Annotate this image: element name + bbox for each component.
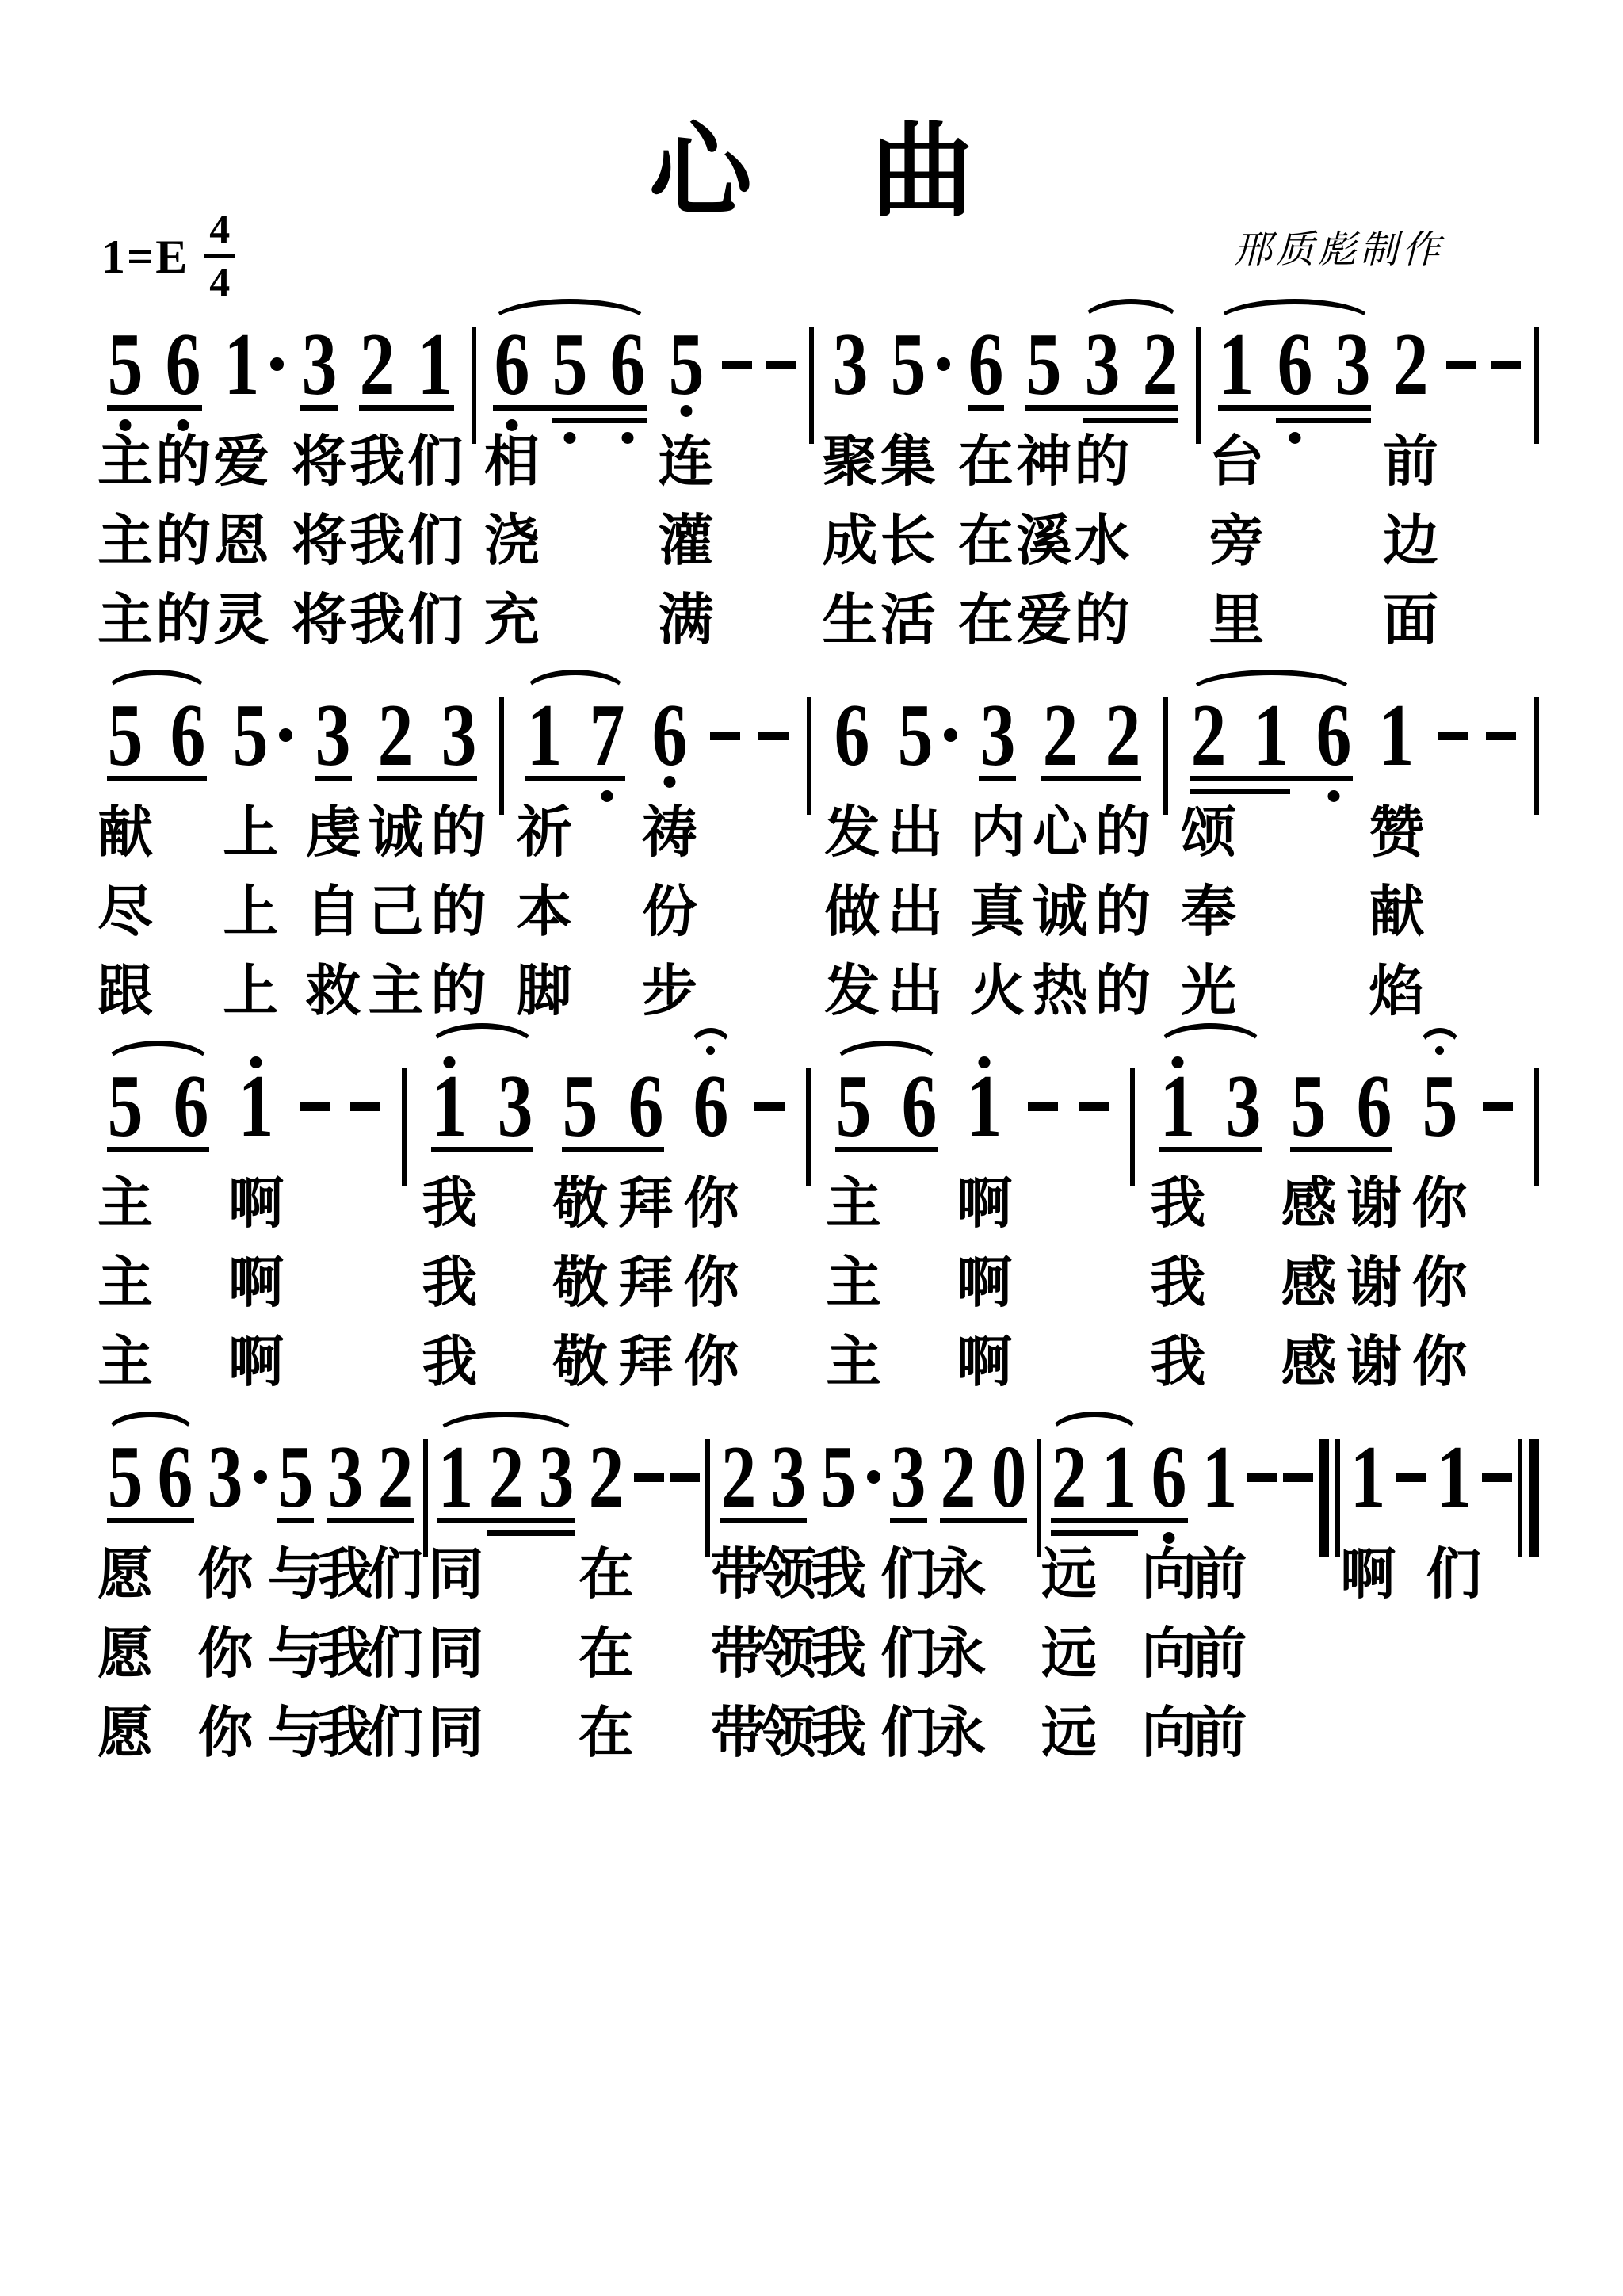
lyric-char: 啊 — [228, 1334, 284, 1389]
lyric-char: 你 — [197, 1626, 253, 1681]
duration-dash — [300, 1102, 330, 1111]
note: 3 — [297, 330, 342, 399]
note-number: 6 — [1151, 1443, 1187, 1511]
note: 6 — [161, 330, 205, 399]
beam-line — [437, 1518, 575, 1523]
lyric-char: 做 — [824, 884, 880, 939]
note-number: 1 — [239, 1072, 274, 1140]
duration-dash — [1283, 1473, 1313, 1482]
beam-line — [968, 405, 1005, 411]
barline — [472, 327, 476, 444]
note: 6 — [490, 330, 534, 399]
beam-line — [979, 776, 1016, 781]
barline — [1534, 1068, 1539, 1186]
lyric-char: 恩 — [214, 513, 269, 568]
lyric-char: 灌 — [659, 513, 714, 568]
lyric-char: 上 — [223, 963, 278, 1018]
note-number: 3 — [980, 701, 1015, 770]
lyric-char: 灵 — [214, 592, 269, 648]
note: 1 — [1432, 1443, 1476, 1511]
lyric-char: 主 — [97, 1255, 153, 1310]
lyric-char: 我 — [318, 1626, 373, 1681]
lyric-char: 啊 — [957, 1255, 1012, 1310]
lyric-char: 啊 — [228, 1255, 284, 1310]
lyric-char: 们 — [1426, 1546, 1482, 1602]
lyric-char: 向 — [1141, 1705, 1197, 1760]
note: 1 — [427, 1072, 472, 1140]
octave-dot-low — [1289, 432, 1300, 444]
beam-line — [107, 1147, 209, 1152]
duration-dash — [758, 732, 789, 740]
beam-line — [493, 405, 646, 411]
beam-line — [890, 1518, 927, 1523]
note-number: 6 — [158, 1443, 193, 1511]
lyric-char: 主 — [97, 513, 153, 568]
note: 3 — [203, 1443, 267, 1511]
score: 56132165653565321632主的爱将我们相连聚集在神的台前主的恩将我… — [103, 0, 1539, 2296]
note: 1 — [1155, 1072, 1200, 1140]
note: 3 — [534, 1443, 579, 1511]
beam-line — [277, 1518, 314, 1523]
note: 2 — [484, 1443, 529, 1511]
lyric-char: 们 — [880, 1546, 936, 1602]
duration-dash — [722, 361, 752, 369]
note: 3 — [976, 701, 1020, 770]
lyric-char: 神 — [1016, 434, 1071, 489]
note: 6 — [830, 701, 874, 770]
note: 1 — [1097, 1443, 1141, 1511]
note: 3 — [766, 1443, 811, 1511]
lyric-char: 祈 — [517, 804, 572, 860]
fermata-icon — [689, 1028, 732, 1058]
lyric-char: 脚 — [517, 963, 572, 1018]
lyric-char: 们 — [368, 1546, 423, 1602]
note-number: 1 — [1379, 701, 1415, 770]
note-number: 2 — [1042, 701, 1078, 770]
duration-dash — [1028, 1102, 1058, 1111]
lyric-char: 心 — [1033, 804, 1088, 860]
note: 6 — [624, 1072, 668, 1140]
note: 5 — [558, 1072, 602, 1140]
note-number: 1 — [1350, 1443, 1386, 1511]
augmentation-dot — [944, 728, 957, 742]
slur-arc — [105, 670, 209, 693]
note-number: 1 — [1436, 1443, 1472, 1511]
beam-line — [107, 1518, 194, 1523]
lyric-char: 的 — [155, 513, 211, 568]
note: 5 — [886, 330, 950, 399]
note-number: 0 — [991, 1443, 1026, 1511]
note: 2 — [355, 330, 399, 399]
note: 6 — [897, 1072, 941, 1140]
lyric-char: 在 — [958, 434, 1014, 489]
note: 1 — [1346, 1443, 1390, 1511]
lyric-char: 救 — [305, 963, 361, 1018]
note-number: 2 — [941, 1443, 976, 1511]
note-number: 3 — [301, 330, 337, 399]
lyric-char: 爱 — [1016, 592, 1071, 648]
lyric-char: 内 — [970, 804, 1025, 860]
lyric-char: 我 — [811, 1546, 866, 1602]
note: 1 — [522, 701, 567, 770]
beam-line — [1083, 418, 1178, 423]
lyric-char: 献 — [97, 804, 153, 860]
final-barline-close — [1518, 1439, 1539, 1557]
lyric-char: 带 — [711, 1626, 766, 1681]
lyric-char: 啊 — [1340, 1546, 1396, 1602]
note: 5 — [103, 330, 147, 399]
duration-dash — [1396, 1473, 1426, 1482]
fermata-icon — [1419, 1028, 1461, 1058]
lyric-char: 我 — [422, 1175, 477, 1231]
note: 0 — [987, 1443, 1031, 1511]
note-number: 5 — [1026, 330, 1062, 399]
note: 2 — [373, 701, 418, 770]
lyric-char: 真 — [970, 884, 1025, 939]
lyric-char: 将 — [292, 434, 347, 489]
note-number: 6 — [628, 1072, 664, 1140]
beam-line — [300, 405, 338, 411]
note-number: 6 — [1277, 330, 1312, 399]
lyric-char: 领 — [761, 1705, 816, 1760]
note-number: 5 — [552, 330, 588, 399]
lyric-char: 生 — [823, 592, 878, 648]
note-number: 1 — [526, 701, 562, 770]
lyric-char: 光 — [1181, 963, 1236, 1018]
lyric-char: 聚 — [823, 434, 878, 489]
lyric-char: 将 — [292, 592, 347, 648]
system: 5611356656113565主啊我敬拜你主啊我感谢你主啊我敬拜你主啊我感谢你… — [103, 1072, 1539, 1140]
duration-dash — [350, 1102, 380, 1111]
lyric-char: 诚 — [1033, 884, 1088, 939]
note: 1 — [413, 330, 457, 399]
note: 7 — [585, 701, 629, 770]
slur-arc — [429, 1023, 536, 1047]
note-number: 1 — [1160, 1072, 1196, 1140]
note-number: 5 — [563, 1072, 598, 1140]
duration-dash — [754, 1102, 785, 1111]
lyric-char: 你 — [1412, 1175, 1468, 1231]
beam-line — [431, 1147, 533, 1152]
lyric-char: 出 — [888, 884, 943, 939]
note-number: 1 — [1219, 330, 1254, 399]
note-number: 3 — [1084, 330, 1120, 399]
lyric-char: 带 — [711, 1546, 766, 1602]
lyric-char: 愿 — [97, 1626, 153, 1681]
lyric-char: 啊 — [957, 1175, 1012, 1231]
lyric-char: 活 — [880, 592, 936, 648]
beam-line — [940, 1518, 1027, 1523]
note: 5 — [103, 701, 147, 770]
note: 1 — [1197, 1443, 1242, 1511]
lyric-char: 你 — [197, 1705, 253, 1760]
lyric-char: 向 — [1141, 1546, 1197, 1602]
lyric-char: 爱 — [214, 434, 269, 489]
note-number: 1 — [1102, 1443, 1137, 1511]
lyric-char: 长 — [880, 513, 936, 568]
lyric-char: 与 — [268, 1546, 323, 1602]
note-number: 7 — [589, 701, 624, 770]
lyric-char: 们 — [368, 1626, 423, 1681]
note: 2 — [1388, 330, 1433, 399]
beam-line — [552, 418, 647, 423]
slur-arc — [105, 1412, 197, 1435]
note-number: 5 — [108, 1072, 143, 1140]
note: 5 — [103, 1443, 147, 1511]
lyric-char: 诚 — [368, 804, 423, 860]
lyric-char: 同 — [428, 1546, 483, 1602]
beam-line — [1290, 1147, 1392, 1152]
barline — [402, 1068, 407, 1186]
octave-dot-low — [564, 432, 576, 444]
note: 2 — [584, 1443, 628, 1511]
note-number: 3 — [441, 701, 476, 770]
lyric-char: 我 — [318, 1705, 373, 1760]
note-number: 5 — [897, 701, 933, 770]
note: 3 — [828, 330, 873, 399]
note: 1 — [234, 1072, 278, 1140]
system: 565323176653222161献上虔诚的祈祷发出内心的颂赞尽上自己的本份做… — [103, 701, 1539, 770]
octave-dot-low — [663, 776, 675, 788]
lyric-char: 啊 — [957, 1334, 1012, 1389]
augmentation-dot — [254, 1470, 267, 1484]
duration-dash — [1438, 732, 1468, 740]
note-number: 3 — [538, 1443, 574, 1511]
lyric-char: 感 — [1281, 1175, 1336, 1231]
note: 6 — [1312, 701, 1356, 770]
lyric-char: 主 — [826, 1255, 881, 1310]
lyric-char: 拜 — [618, 1334, 674, 1389]
duration-dash — [1491, 361, 1521, 369]
octave-dot-low — [120, 419, 132, 431]
note-number: 1 — [1201, 1443, 1237, 1511]
lyric-char: 谢 — [1346, 1334, 1402, 1389]
beam-line — [1276, 418, 1371, 423]
lyric-char: 拜 — [618, 1255, 674, 1310]
barline — [809, 327, 814, 444]
duration-dash — [1446, 361, 1476, 369]
note: 5 — [273, 1443, 318, 1511]
lyric-char: 们 — [407, 434, 463, 489]
lyric-char: 的 — [155, 434, 211, 489]
duration-dash — [1483, 1102, 1513, 1111]
note: 1 — [962, 1072, 1006, 1140]
slur-arc — [435, 1412, 577, 1435]
slur-arc — [523, 670, 628, 693]
barline — [806, 1068, 811, 1186]
lyric-char: 在 — [579, 1546, 634, 1602]
lyric-char: 永 — [930, 1705, 986, 1760]
barline — [807, 697, 811, 815]
lyric-char: 出 — [888, 804, 943, 860]
note-number: 3 — [891, 1443, 926, 1511]
octave-dot-low — [1328, 790, 1340, 802]
lyric-char: 的 — [1075, 592, 1130, 648]
lyric-char: 水 — [1075, 513, 1130, 568]
note-number: 3 — [1335, 330, 1370, 399]
note-number: 1 — [418, 330, 453, 399]
note-number: 1 — [432, 1072, 468, 1140]
note: 2 — [936, 1443, 980, 1511]
lyric-char: 主 — [97, 434, 153, 489]
note: 6 — [605, 330, 650, 399]
lyric-char: 我 — [1150, 1334, 1205, 1389]
lyric-char: 与 — [268, 1705, 323, 1760]
lyric-char: 虔 — [305, 804, 361, 860]
beam-line — [720, 1518, 807, 1523]
note-number: 5 — [821, 1443, 857, 1511]
barline — [1163, 697, 1168, 815]
sheet-music-page: 心曲 1=E 4 4 邢质彪制作 56132165653565321632主的爱… — [0, 0, 1623, 2296]
duration-dash — [634, 1473, 664, 1482]
beam-line — [377, 776, 477, 781]
barline — [1534, 327, 1539, 444]
duration-dash — [1482, 1473, 1512, 1482]
slur-arc — [1081, 299, 1181, 323]
lyric-char: 你 — [1412, 1334, 1468, 1389]
lyric-char: 愿 — [97, 1546, 153, 1602]
augmentation-dot — [279, 728, 292, 742]
note: 5 — [1286, 1072, 1331, 1140]
slur-arc — [105, 1041, 212, 1064]
lyric-char: 在 — [579, 1626, 634, 1681]
beam-line — [1041, 776, 1141, 781]
beam-line — [1218, 405, 1371, 411]
beam-line — [327, 1518, 414, 1523]
lyric-char: 们 — [368, 1705, 423, 1760]
lyric-char: 我 — [422, 1334, 477, 1389]
lyric-char: 在 — [958, 513, 1014, 568]
beam-line — [487, 1530, 575, 1536]
lyric-char: 主 — [826, 1175, 881, 1231]
lyric-char: 远 — [1041, 1626, 1097, 1681]
lyric-char: 的 — [1075, 434, 1130, 489]
lyric-char: 赞 — [1369, 804, 1424, 860]
lyric-char: 己 — [368, 884, 423, 939]
note-number: 6 — [173, 1072, 208, 1140]
note-number: 2 — [378, 1443, 414, 1511]
lyric-char: 的 — [1095, 963, 1151, 1018]
augmentation-dot — [937, 357, 950, 371]
duration-dash — [1079, 1102, 1109, 1111]
note-number: 5 — [233, 701, 269, 770]
lyric-char: 上 — [223, 804, 278, 860]
lyric-char: 将 — [292, 513, 347, 568]
note: 6 — [1147, 1443, 1191, 1511]
lyric-char: 热 — [1033, 963, 1088, 1018]
lyric-char: 台 — [1209, 434, 1264, 489]
note: 5 — [228, 701, 292, 770]
lyric-char: 主 — [97, 1175, 153, 1231]
lyric-char: 主 — [97, 1334, 153, 1389]
note: 6 — [153, 1443, 197, 1511]
lyric-char: 同 — [428, 1626, 483, 1681]
note-number: 2 — [1393, 330, 1429, 399]
note-number: 2 — [720, 1443, 756, 1511]
note: 5 — [893, 701, 957, 770]
barline — [423, 1439, 428, 1557]
note: 2 — [1101, 701, 1145, 770]
octave-dot-low — [622, 432, 634, 444]
note: 6 — [1352, 1072, 1396, 1140]
note-number: 5 — [108, 330, 143, 399]
lyric-char: 连 — [659, 434, 714, 489]
note-number: 6 — [693, 1072, 729, 1140]
lyric-char: 我 — [811, 1626, 866, 1681]
lyric-char: 出 — [888, 963, 943, 1018]
lyric-char: 的 — [1095, 884, 1151, 939]
system: 56132165653565321632主的爱将我们相连聚集在神的台前主的恩将我… — [103, 330, 1539, 399]
lyric-char: 集 — [880, 434, 936, 489]
lyric-char: 成 — [823, 513, 878, 568]
lyric-char: 发 — [824, 804, 880, 860]
lyric-char: 们 — [880, 1705, 936, 1760]
augmentation-dot — [867, 1470, 880, 1484]
lyric-char: 满 — [659, 592, 714, 648]
final-barline-open — [1319, 1439, 1340, 1557]
barline — [1130, 1068, 1135, 1186]
note: 3 — [1221, 1072, 1266, 1140]
barline — [1037, 1439, 1041, 1557]
lyric-char: 的 — [155, 592, 211, 648]
lyric-char: 领 — [761, 1546, 816, 1602]
slur-arc — [1216, 299, 1373, 323]
note: 2 — [1047, 1443, 1091, 1511]
notes-row: 5635321232235320216111 — [103, 1443, 1539, 1511]
octave-dot-high — [1172, 1056, 1184, 1068]
slur-arc — [1157, 1023, 1264, 1047]
note-number: 3 — [497, 1072, 533, 1140]
note-number: 5 — [836, 1072, 872, 1140]
lyric-char: 们 — [407, 592, 463, 648]
note: 1 — [1214, 330, 1258, 399]
octave-dot-low — [506, 419, 517, 431]
note-number: 6 — [610, 330, 646, 399]
lyric-char: 敬 — [552, 1175, 608, 1231]
lyric-char: 我 — [318, 1546, 373, 1602]
note: 1 — [433, 1443, 478, 1511]
lyric-char: 你 — [683, 1175, 739, 1231]
note-number: 1 — [438, 1443, 474, 1511]
lyric-char: 带 — [711, 1705, 766, 1760]
note: 3 — [1331, 330, 1375, 399]
note: 5 — [831, 1072, 876, 1140]
octave-dot-high — [444, 1056, 456, 1068]
lyric-char: 献 — [1369, 884, 1424, 939]
note-number: 2 — [360, 330, 395, 399]
slur-arc — [1188, 670, 1355, 693]
note-number: 5 — [108, 701, 143, 770]
lyric-char: 与 — [268, 1626, 323, 1681]
lyric-char: 主 — [826, 1334, 881, 1389]
lyric-char: 远 — [1041, 1546, 1097, 1602]
lyric-char: 主 — [97, 592, 153, 648]
lyric-char: 拜 — [618, 1175, 674, 1231]
lyric-char: 充 — [484, 592, 540, 648]
note: 2 — [716, 1443, 761, 1511]
beam-line — [1051, 1518, 1188, 1523]
system: 5635321232235320216111愿你与我们同在带领我们永远向前啊们愿… — [103, 1443, 1539, 1511]
note-number: 6 — [834, 701, 870, 770]
note-number: 6 — [166, 330, 201, 399]
beam-line — [1190, 776, 1353, 781]
note-number: 5 — [108, 1443, 143, 1511]
beam-line — [1051, 1530, 1138, 1536]
note: 5 — [1022, 330, 1066, 399]
note-number: 3 — [1226, 1072, 1262, 1140]
lyric-char: 前 — [1192, 1626, 1247, 1681]
note-number: 2 — [378, 701, 414, 770]
